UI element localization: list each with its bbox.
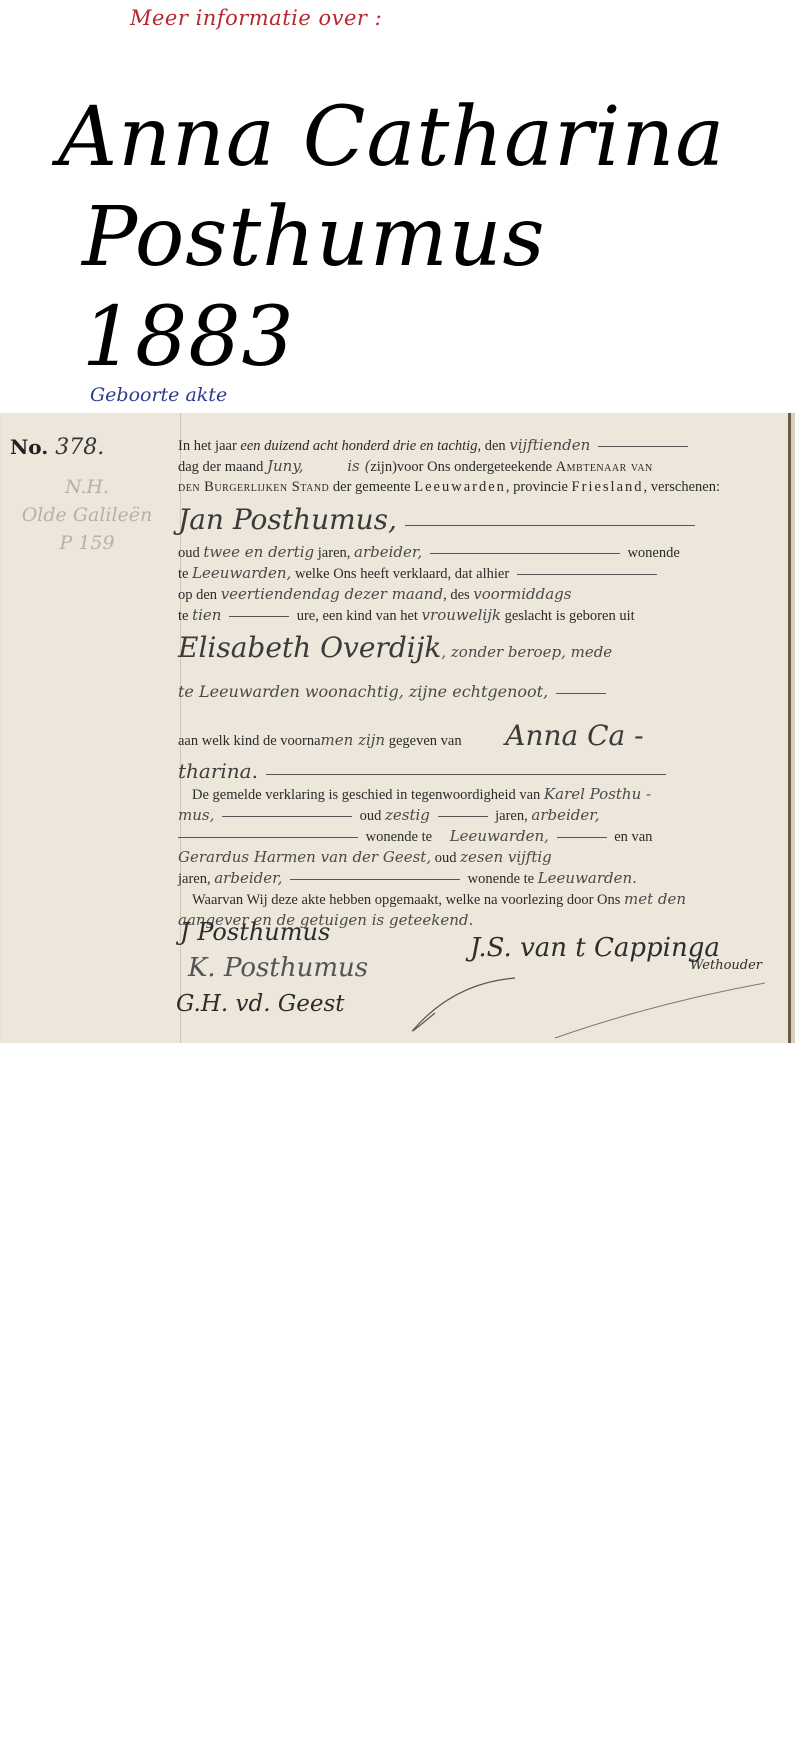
signature-declarant: J Posthumus [180, 918, 330, 946]
printed-text: , verschenen: [644, 479, 721, 495]
printed-text: op den [178, 587, 217, 603]
page-title: Anna Catharina Posthumus 1883 [58, 88, 738, 388]
printed-text: ure, een kind van het [297, 608, 418, 624]
child-name: Anna Ca - [505, 719, 643, 752]
record-line: Elisabeth Overdijk, zonder beroep, mede [178, 626, 766, 670]
record-body: In het jaar een duizend acht honderd dri… [178, 435, 766, 931]
printed-text: een duizend acht honderd drie en tachtig [240, 438, 477, 454]
fill-line [266, 774, 666, 775]
printed-text: oud [178, 545, 200, 561]
witness-name: Gerardus Harmen van der Geest, [178, 848, 431, 866]
fill-line [405, 525, 695, 526]
fill-line [556, 693, 606, 694]
record-line: op den veertiendendag dezer maand, des v… [178, 584, 766, 605]
fill-line [598, 446, 688, 447]
printed-text: te [178, 608, 188, 624]
signature-witness-2: G.H. vd. Geest [176, 991, 345, 1017]
fill-line [430, 553, 620, 554]
handwritten-text: Leeuwarden, [450, 827, 549, 845]
father-name: Jan Posthumus, [178, 503, 397, 536]
title-surname-year: Posthumus 1883 [58, 188, 738, 388]
margin-note-line: N.H. [12, 473, 162, 501]
mother-name: Elisabeth Overdijk [178, 631, 441, 664]
printed-text: der gemeente [333, 479, 411, 495]
more-info-label: Meer informatie over : [130, 6, 382, 30]
printed-text: wonende [627, 545, 679, 561]
handwritten-text: mus, [178, 806, 214, 824]
handwritten-text: voormiddags [473, 585, 571, 603]
handwritten-text: Leeuwarden, [192, 564, 291, 582]
margin-note-line: Olde Galileën [12, 501, 162, 529]
margin-note-line: P 159 [12, 529, 162, 557]
handwritten-text: te Leeuwarden woonachtig, zijne echtgeno… [178, 682, 548, 701]
printed-text: geslacht is geboren uit [505, 608, 635, 624]
signature-flourish [395, 943, 775, 1043]
record-line: jaren, arbeider, wonende te Leeuwarden. [178, 868, 766, 889]
printed-text: zijn [370, 459, 392, 475]
handwritten-text: arbeider, [214, 869, 282, 887]
printed-text: jaren, [178, 871, 211, 887]
record-line: aan welk kind de voornamen zijn gegeven … [178, 714, 766, 758]
record-line: te tien ure, een kind van het vrouwelijk… [178, 605, 766, 626]
fill-line [178, 837, 358, 838]
fill-line [229, 616, 289, 617]
printed-text: gegeven van [389, 733, 462, 749]
handwritten-text: tien [192, 606, 221, 624]
handwritten-text: men zijn [321, 731, 386, 749]
printed-text: , den [477, 438, 505, 454]
printed-text: oud [435, 850, 457, 866]
margin-note: N.H. Olde Galileën P 159 [12, 473, 162, 557]
handwritten-text: zesen vijftig [460, 848, 552, 866]
handwritten-text: met den [624, 890, 686, 908]
printed-text: oud [360, 808, 382, 824]
witness-name: Karel Posthu - [544, 785, 651, 803]
printed-text: In het jaar [178, 438, 237, 454]
section-label-birth-record: Geboorte akte [90, 384, 227, 406]
record-line: wonende te Leeuwarden, en van [178, 826, 766, 847]
page-edge [791, 413, 795, 1043]
record-line: te Leeuwarden, welke Ons heeft verklaard… [178, 563, 766, 584]
record-number-value: 378. [55, 435, 104, 460]
printed-text: Leeuwarden [414, 479, 506, 495]
title-name: Anna Catharina [58, 88, 738, 188]
birth-record-scan: No. 378. N.H. Olde Galileën P 159 In het… [0, 413, 795, 1043]
signature-witness-1: K. Posthumus [188, 953, 368, 983]
printed-text: welke Ons heeft verklaard, dat alhier [295, 566, 509, 582]
printed-text: en van [614, 829, 652, 845]
printed-text: jaren, [318, 545, 351, 561]
record-line: te Leeuwarden woonachtig, zijne echtgeno… [178, 670, 766, 714]
printed-text: , provincie [506, 479, 568, 495]
printed-text: )voor Ons ondergeteekende [392, 459, 552, 475]
printed-text: jaren, [495, 808, 528, 824]
printed-text: te [178, 566, 188, 582]
printed-text: wonende te [366, 829, 432, 845]
printed-text: , des [443, 587, 470, 603]
child-name-continued: tharina. [178, 759, 258, 783]
record-number: No. 378. [10, 435, 104, 460]
printed-text: wonende te [468, 871, 534, 887]
fill-line [222, 816, 352, 817]
handwritten-text: Juny, [267, 457, 304, 475]
record-line: Waarvan Wij deze akte hebben opgemaakt, … [178, 889, 766, 910]
record-line: Gerardus Harmen van der Geest, oud zesen… [178, 847, 766, 868]
record-line: dag der maand Juny, is (zijn)voor Ons on… [178, 456, 766, 477]
printed-text: den Burgerlijken Stand [178, 479, 329, 495]
handwritten-text: veertiendendag dezer maand [221, 585, 443, 603]
record-line: In het jaar een duizend acht honderd dri… [178, 435, 766, 456]
record-line: den Burgerlijken Stand der gemeente Leeu… [178, 477, 766, 498]
handwritten-text: vijftienden [509, 436, 590, 454]
record-line: tharina. [178, 758, 766, 784]
handwritten-text: Leeuwarden. [538, 869, 637, 887]
handwritten-text: twee en dertig [203, 543, 314, 561]
record-line: oud twee en dertig jaren, arbeider, wone… [178, 542, 766, 563]
handwritten-text: zestig [385, 806, 430, 824]
printed-text: Friesland [572, 479, 644, 495]
printed-text: aan welk kind de voorna [178, 733, 321, 749]
fill-line [290, 879, 460, 880]
handwritten-text: is ( [347, 457, 370, 475]
printed-text: dag der maand [178, 459, 263, 475]
binding-line [788, 413, 791, 1043]
record-number-prefix: No. [10, 435, 48, 459]
record-line: Jan Posthumus, [178, 498, 766, 542]
handwritten-text: arbeider, [354, 543, 422, 561]
record-line: De gemelde verklaring is geschied in teg… [178, 784, 766, 805]
handwritten-text: arbeider, [531, 806, 599, 824]
fill-line [557, 837, 607, 838]
record-line: mus, oud zestig jaren, arbeider, [178, 805, 766, 826]
printed-text: De gemelde verklaring is geschied in teg… [192, 787, 540, 803]
handwritten-text: , zonder beroep, mede [441, 643, 612, 661]
fill-line [517, 574, 657, 575]
handwritten-text: vrouwelijk [422, 606, 501, 624]
printed-text: Waarvan Wij deze akte hebben opgemaakt, … [192, 892, 620, 908]
fill-line [438, 816, 488, 817]
printed-text: Ambtenaar van [556, 459, 653, 475]
